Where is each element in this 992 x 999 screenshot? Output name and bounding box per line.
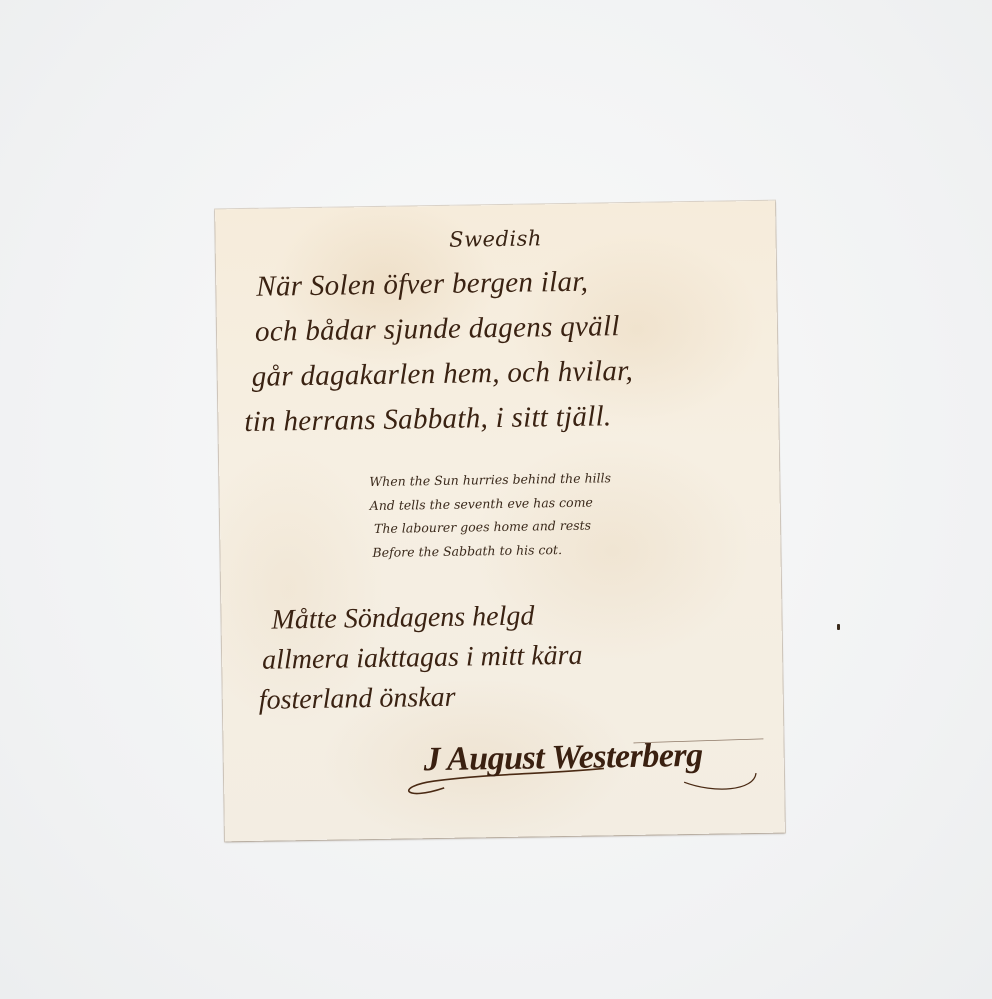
letter-heading: Swedish xyxy=(215,223,775,256)
letter-sheet: Swedish När Solen öfver bergen ilar, och… xyxy=(215,201,785,842)
english-line: Before the Sabbath to his cot. xyxy=(372,535,710,564)
dust-speck xyxy=(837,624,840,630)
closing-wish: Måtte Söndagens helgd allmera iakttagas … xyxy=(271,593,783,721)
wish-line: fosterland önskar xyxy=(258,673,783,721)
swedish-line: går dagakarlen hem, och hvilar, xyxy=(251,347,768,400)
swedish-line: och bådar sjunde dagens qväll xyxy=(255,302,768,355)
swedish-line: tin herrans Sabbath, i sitt tjäll. xyxy=(244,392,769,445)
swedish-verse: När Solen öfver bergen ilar, och bådar s… xyxy=(256,257,769,445)
swedish-line: När Solen öfver bergen ilar, xyxy=(256,257,767,310)
english-translation: When the Sun hurries behind the hills An… xyxy=(369,465,710,564)
signature: J August Westerberg xyxy=(423,737,702,779)
